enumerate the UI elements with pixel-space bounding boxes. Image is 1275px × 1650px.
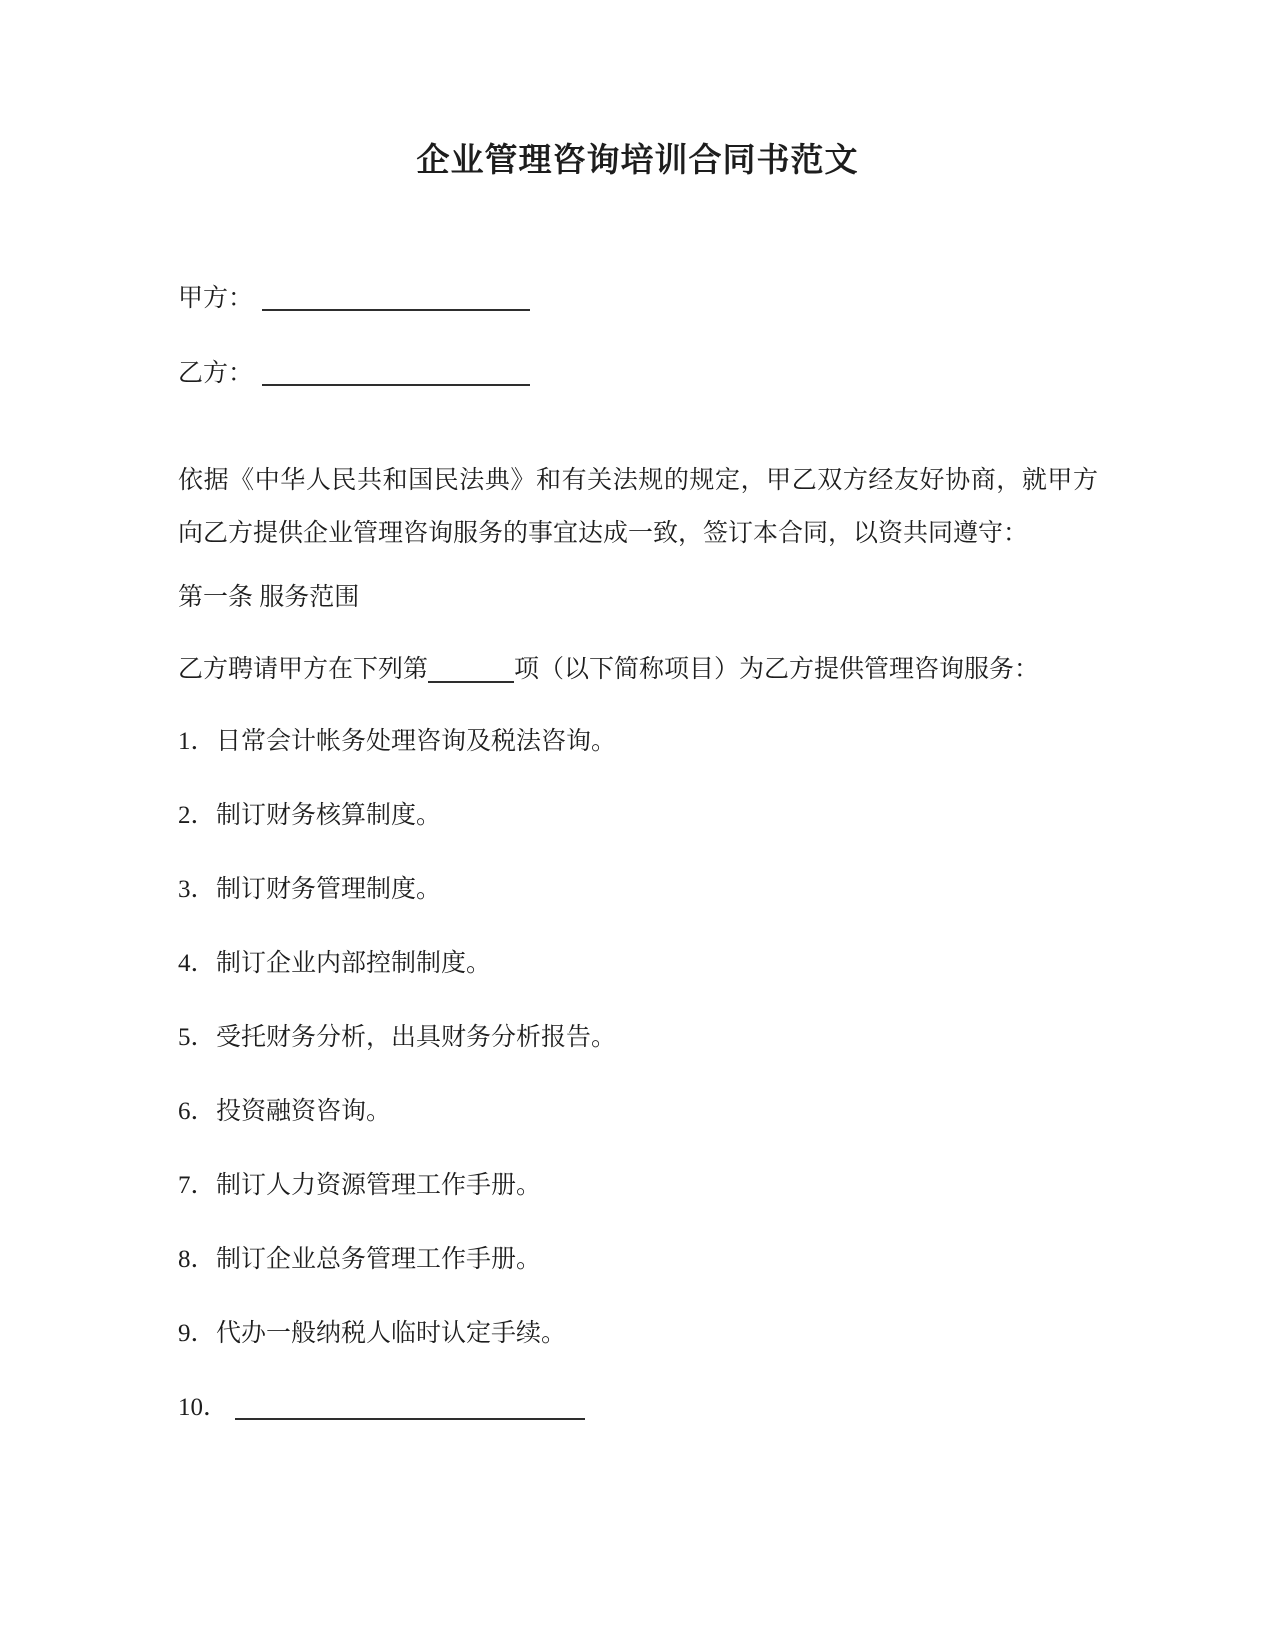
item-text: 投资融资咨询。 <box>216 1098 391 1125</box>
service-item-10: 10． <box>178 1389 1098 1426</box>
item-number: 6． <box>178 1093 216 1130</box>
item-number: 7． <box>178 1167 216 1204</box>
selected-item-number-blank-field <box>428 657 514 683</box>
party-b-blank-field <box>262 360 530 386</box>
service-item-9: 9．代办一般纳税人临时认定手续。 <box>178 1315 1098 1352</box>
service-item-6: 6．投资融资咨询。 <box>178 1093 1098 1130</box>
contract-document-page: 企业管理咨询培训合同书范文 甲方： 乙方： 依据《中华人民共和国民法典》和有关法… <box>0 0 1275 1650</box>
service-item-7: 7．制订人力资源管理工作手册。 <box>178 1167 1098 1204</box>
item-text: 制订人力资源管理工作手册。 <box>216 1172 541 1199</box>
service-item-8: 8．制订企业总务管理工作手册。 <box>178 1241 1098 1278</box>
section-1-lead-line: 乙方聘请甲方在下列第项（以下简称项目）为乙方提供管理咨询服务： <box>178 652 1098 688</box>
item-number: 4． <box>178 945 216 982</box>
service-item-1: 1．日常会计帐务处理咨询及税法咨询。 <box>178 723 1098 760</box>
item-number: 8． <box>178 1241 216 1278</box>
item-number: 2． <box>178 797 216 834</box>
item-text: 受托财务分析，出具财务分析报告。 <box>216 1024 616 1051</box>
item-number: 10． <box>178 1389 228 1426</box>
item-number: 1． <box>178 723 216 760</box>
service-item-4: 4．制订企业内部控制制度。 <box>178 945 1098 982</box>
party-a-line: 甲方： <box>178 281 1098 317</box>
service-item-3: 3．制订财务管理制度。 <box>178 871 1098 908</box>
item-number: 9． <box>178 1315 216 1352</box>
party-a-label: 甲方： <box>178 285 253 312</box>
intro-paragraph: 依据《中华人民共和国民法典》和有关法规的规定，甲乙双方经友好协商，就甲方向乙方提… <box>178 454 1098 560</box>
item-number: 5． <box>178 1019 216 1056</box>
section-1-heading: 第一条 服务范围 <box>178 580 1098 616</box>
party-a-blank-field <box>262 285 530 311</box>
document-title: 企业管理咨询培训合同书范文 <box>0 0 1275 182</box>
item-text: 制订财务核算制度。 <box>216 802 441 829</box>
item-number: 3． <box>178 871 216 908</box>
lead-suffix: 项（以下简称项目）为乙方提供管理咨询服务： <box>514 656 1039 683</box>
item-10-blank-field <box>235 1394 585 1420</box>
service-item-5: 5．受托财务分析，出具财务分析报告。 <box>178 1019 1098 1056</box>
party-b-line: 乙方： <box>178 356 1098 392</box>
party-b-label: 乙方： <box>178 360 253 387</box>
item-text: 制订企业内部控制制度。 <box>216 950 491 977</box>
item-text: 日常会计帐务处理咨询及税法咨询。 <box>216 728 616 755</box>
item-text: 制订财务管理制度。 <box>216 876 441 903</box>
item-text: 制订企业总务管理工作手册。 <box>216 1246 541 1273</box>
document-body: 甲方： 乙方： 依据《中华人民共和国民法典》和有关法规的规定，甲乙双方经友好协商… <box>0 281 1275 1426</box>
service-items-list: 1．日常会计帐务处理咨询及税法咨询。 2．制订财务核算制度。 3．制订财务管理制… <box>178 723 1098 1426</box>
lead-prefix: 乙方聘请甲方在下列第 <box>178 656 428 683</box>
item-text: 代办一般纳税人临时认定手续。 <box>216 1320 566 1347</box>
service-item-2: 2．制订财务核算制度。 <box>178 797 1098 834</box>
